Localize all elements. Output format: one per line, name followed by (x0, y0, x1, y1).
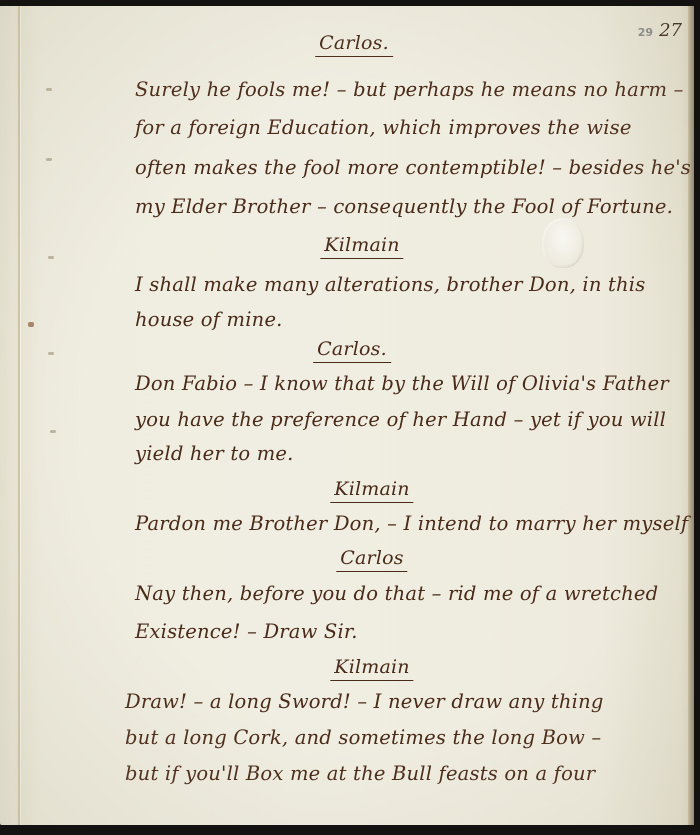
dialogue-line: but a long Cork, and sometimes the long … (125, 726, 601, 749)
folio-number: 29 27 (638, 20, 682, 41)
manuscript-page: 29 27 Carlos. Surely he fools me! – but … (0, 6, 694, 825)
dialogue-line: for a foreign Education, which improves … (135, 116, 632, 139)
manuscript-scan: 29 27 Carlos. Surely he fools me! – but … (0, 0, 700, 835)
binding-hole (48, 352, 54, 355)
binding-hole (46, 158, 52, 161)
dialogue-line: Pardon me Brother Don, – I intend to mar… (135, 512, 688, 535)
speaker-heading: Carlos. (313, 338, 391, 363)
dialogue-line: my Elder Brother – consequently the Fool… (135, 195, 673, 218)
embossed-crown-stamp (542, 218, 584, 268)
speaker-heading: Carlos (336, 547, 407, 572)
binding-gutter (18, 6, 20, 825)
speaker-heading: Carlos. (315, 32, 393, 57)
dialogue-line: but if you'll Box me at the Bull feasts … (125, 762, 595, 785)
dialogue-line: often makes the fool more contemptible! … (135, 156, 691, 179)
binding-hole (46, 88, 52, 91)
page-edge (688, 6, 694, 825)
ink-folio-number: 27 (659, 20, 682, 41)
speaker-heading: Kilmain (330, 656, 413, 681)
dialogue-line: Nay then, before you do that – rid me of… (135, 582, 658, 605)
dialogue-line: Existence! – Draw Sir. (135, 620, 358, 643)
dialogue-line: Surely he fools me! – but perhaps he mea… (135, 78, 684, 101)
dialogue-line: yield her to me. (135, 442, 294, 465)
dialogue-line: house of mine. (135, 308, 283, 331)
ink-stain (28, 322, 34, 327)
dialogue-line: Don Fabio – I know that by the Will of O… (135, 372, 669, 395)
dialogue-line: I shall make many alterations, brother D… (135, 273, 645, 296)
speaker-heading: Kilmain (320, 234, 403, 259)
dialogue-line: you have the preference of her Hand – ye… (135, 408, 666, 431)
binding-hole (50, 430, 56, 433)
pencil-folio-number: 29 (638, 26, 653, 39)
binding-hole (48, 256, 54, 259)
dialogue-line: Draw! – a long Sword! – I never draw any… (125, 690, 604, 713)
speaker-heading: Kilmain (330, 478, 413, 503)
